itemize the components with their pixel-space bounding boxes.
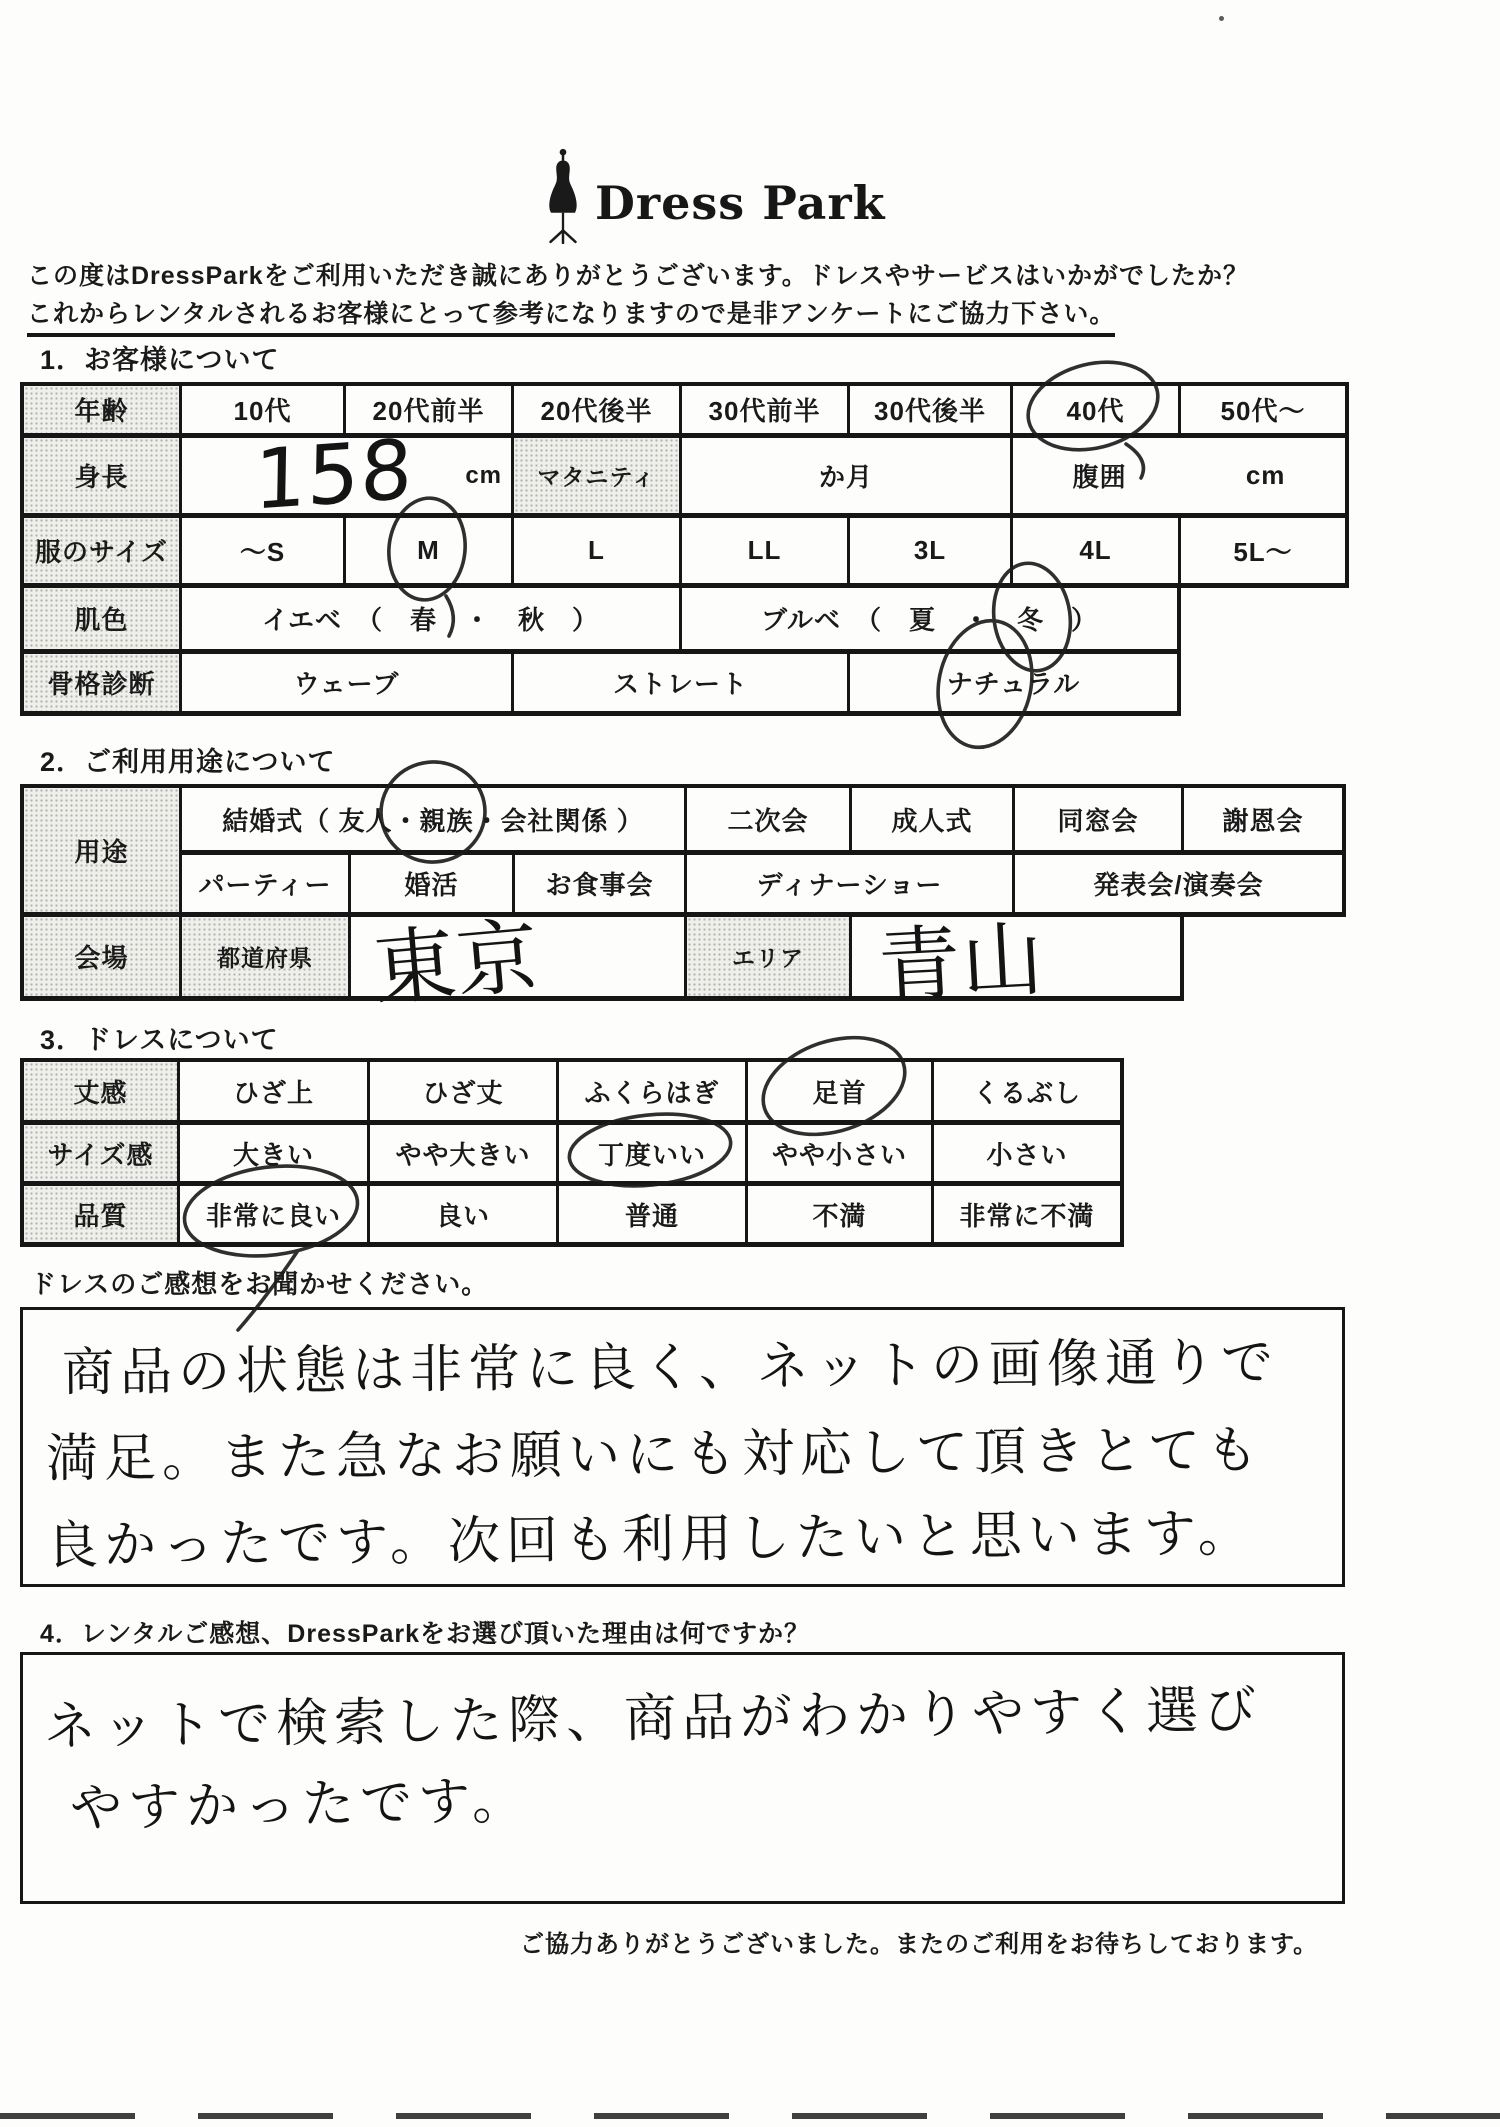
empty-cell — [1184, 917, 1346, 1001]
survey-scan-page: { "brand": {"name": "Dress Park"}, "intr… — [0, 0, 1500, 2127]
dress-feedback-prompt: ドレスのご感想をお聞かせください。 — [30, 1264, 488, 1301]
fit-option-slightly-big: やや大きい — [370, 1125, 559, 1186]
scan-edge-artifact — [0, 2113, 1500, 2119]
fit-label: サイズ感 — [24, 1125, 180, 1186]
quality-option-good: 良い — [370, 1186, 559, 1247]
height-unit: cm — [465, 462, 502, 490]
quality-option-very-good: 非常に良い — [180, 1186, 370, 1247]
skeleton-label: 骨格診断 — [24, 654, 182, 716]
purpose-label: 用途 — [24, 788, 182, 917]
size-option-m: M — [346, 518, 514, 588]
skeleton-option-natural: ナチュラル — [850, 654, 1181, 716]
section4-heading: 4．レンタルご感想、DressParkをお選び頂いた理由は何ですか？ — [40, 1614, 810, 1650]
maternity-label: マタニティ — [514, 438, 682, 518]
logo: Dress Park — [543, 148, 885, 244]
length-option-calf: ふくらはぎ — [559, 1062, 748, 1125]
skeleton-option-wave: ウェーブ — [182, 654, 514, 716]
venue-label: 会場 — [24, 917, 182, 1001]
size-option-ll: LL — [682, 518, 850, 588]
purpose-option-recital: 発表会/演奏会 — [1015, 855, 1346, 917]
customer-table: 年齢 10代 20代前半 20代後半 30代前半 30代後半 40代 50代～ … — [20, 382, 1349, 716]
age-label: 年齢 — [24, 386, 182, 438]
age-option-late30s: 30代後半 — [850, 386, 1013, 438]
length-option-above-knee: ひざ上 — [180, 1062, 370, 1125]
quality-label: 品質 — [24, 1186, 180, 1247]
prefecture-value-cell: 東京 — [351, 917, 687, 1001]
quality-option-very-dissatisfied: 非常に不満 — [934, 1186, 1124, 1247]
age-option-40s: 40代 — [1013, 386, 1181, 438]
intro-line-2: これからレンタルされるお客様にとって参考になりますので是非アンケートにご協力下さ… — [27, 294, 1115, 330]
purpose-option-afterparty: 二次会 — [687, 788, 852, 855]
usage-table: 用途 結婚式（ 友人・親族・会社関係 ） 二次会 成人式 同窓会 謝恩会 パーテ… — [20, 784, 1346, 1001]
skin-blue-base: ブルベ （ 夏 ・ 冬 ） — [682, 588, 1181, 654]
maternity-months-cell: か月 — [682, 438, 1013, 518]
scan-speck — [1219, 16, 1224, 21]
area-handwritten-value: 青山 — [875, 894, 1047, 1020]
waist-cell: 腹囲 cm — [1013, 438, 1349, 518]
length-option-anklebone: くるぶし — [934, 1062, 1124, 1125]
size-option-4l: 4L — [1013, 518, 1181, 588]
dress-feedback-line-2: 満足。また急なお願いにも対応して頂きとても — [46, 1408, 1265, 1492]
height-value-cell: 158 cm — [182, 438, 514, 518]
length-option-ankle: 足首 — [748, 1062, 934, 1125]
brand-name: Dress Park — [595, 180, 885, 226]
size-label: 服のサイズ — [24, 518, 182, 588]
dress-table: 丈感 ひざ上 ひざ丈 ふくらはぎ 足首 くるぶし サイズ感 大きい やや大きい … — [20, 1058, 1124, 1247]
purpose-option-reunion: 同窓会 — [1015, 788, 1184, 855]
fit-option-small: 小さい — [934, 1125, 1124, 1186]
dress-mannequin-icon — [543, 148, 583, 244]
purpose-option-coming-of-age: 成人式 — [852, 788, 1015, 855]
height-handwritten-value: 158 — [253, 422, 414, 528]
size-option-s: ～S — [182, 518, 346, 588]
size-option-l: L — [514, 518, 682, 588]
length-label: 丈感 — [24, 1062, 180, 1125]
section1-heading: 1．お客様について — [40, 338, 279, 377]
age-option-early30s: 30代前半 — [682, 386, 850, 438]
skin-label: 肌色 — [24, 588, 182, 654]
purpose-option-thanks-party: 謝恩会 — [1184, 788, 1346, 855]
section3-heading: 3．ドレスについて — [40, 1018, 279, 1057]
quality-option-normal: 普通 — [559, 1186, 748, 1247]
closing-message: ご協力ありがとうございました。またのご利用をお待ちしております。 — [520, 1924, 1318, 1959]
area-label: エリア — [687, 917, 852, 1001]
area-value-cell: 青山 — [852, 917, 1184, 1001]
intro-line-1: この度はDressParkをご利用いただき誠にありがとうございます。ドレスやサー… — [27, 256, 1249, 292]
fit-option-slightly-small: やや小さい — [748, 1125, 934, 1186]
skeleton-option-straight: ストレート — [514, 654, 850, 716]
age-option-50s: 50代～ — [1181, 386, 1349, 438]
waist-label: 腹囲 — [1073, 457, 1127, 494]
purpose-option-dinner-meeting: お食事会 — [515, 855, 687, 917]
quality-option-dissatisfied: 不満 — [748, 1186, 934, 1247]
prefecture-label: 都道府県 — [182, 917, 351, 1001]
empty-cell — [1181, 654, 1349, 716]
intro-line-2-underlined: これからレンタルされるお客様にとって参考になりますので是非アンケートにご協力下さ… — [27, 300, 1115, 337]
height-label: 身長 — [24, 438, 182, 518]
section2-heading: 2．ご利用用途について — [40, 740, 335, 779]
purpose-option-wedding: 結婚式（ 友人・親族・会社関係 ） — [182, 788, 687, 855]
skin-yellow-base: イエベ （ 春 ・ 秋 ） — [182, 588, 682, 654]
fit-option-big: 大きい — [180, 1125, 370, 1186]
reason-feedback-line-2: やすかったです。 — [69, 1758, 530, 1841]
waist-unit: cm — [1246, 460, 1286, 491]
empty-cell — [1181, 588, 1349, 654]
dress-feedback-line-3: 良かったです。次回も利用したいと思います。 — [46, 1491, 1256, 1579]
size-option-3l: 3L — [850, 518, 1013, 588]
purpose-option-party: パーティー — [182, 855, 351, 917]
dress-feedback-line-1: 商品の状態は非常に良く、ネットの画像通りで — [62, 1320, 1280, 1406]
size-option-5l: 5L～ — [1181, 518, 1349, 588]
length-option-knee: ひざ丈 — [370, 1062, 559, 1125]
prefecture-handwritten-value: 東京 — [368, 891, 544, 1022]
age-option-late20s: 20代後半 — [514, 386, 682, 438]
fit-option-just-right: 丁度いい — [559, 1125, 748, 1186]
